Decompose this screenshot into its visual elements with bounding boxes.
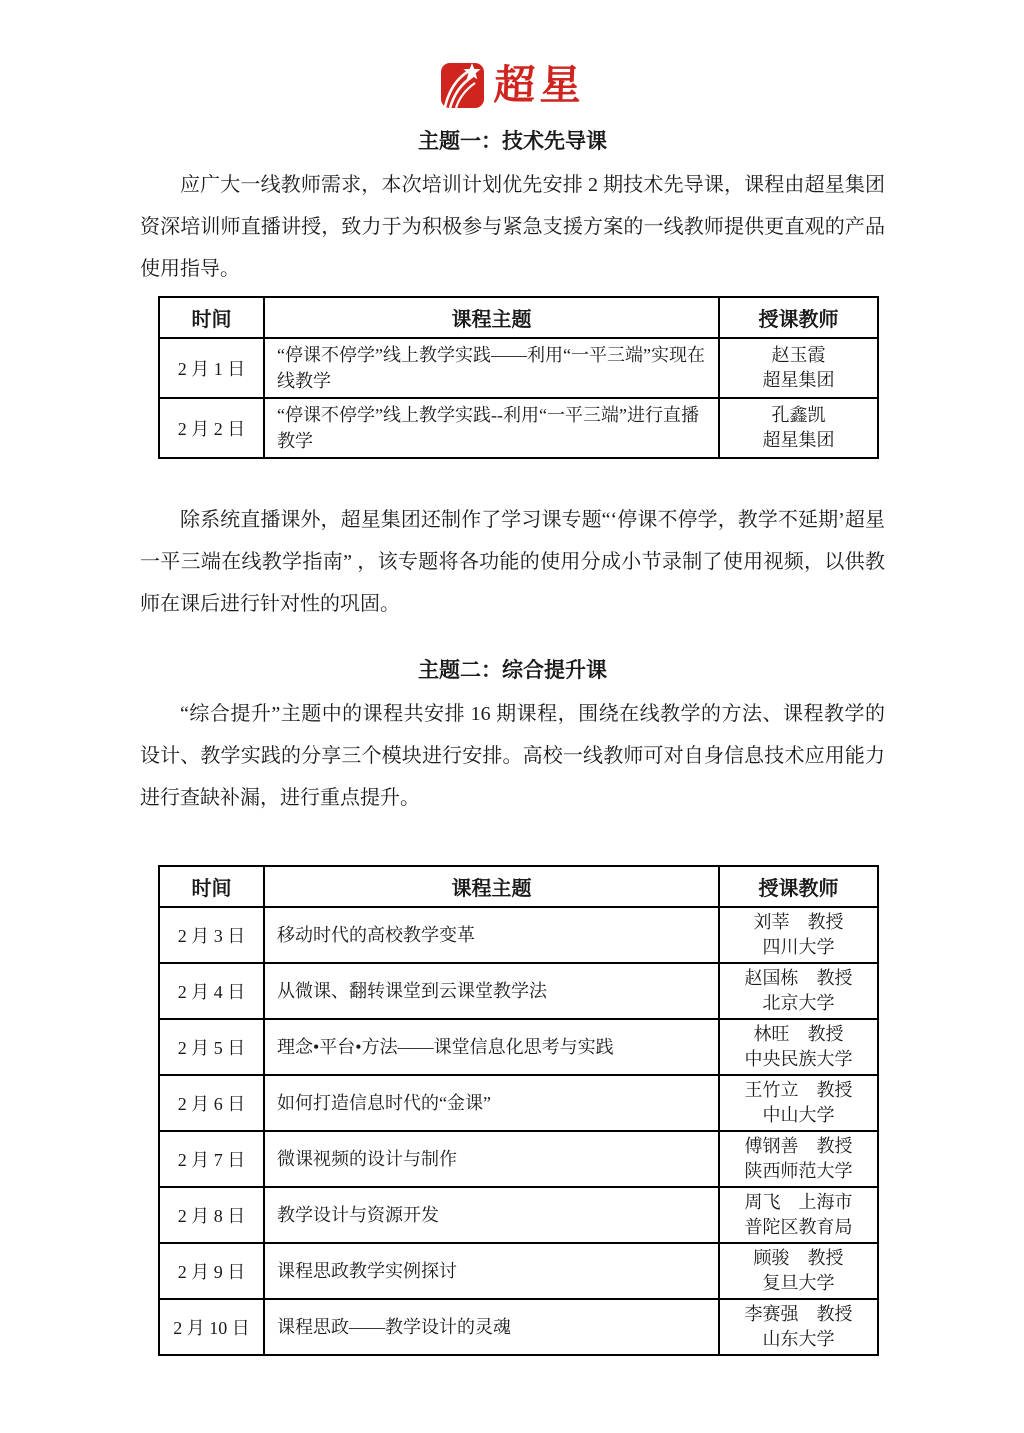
table-row: 2 月 8 日 教学设计与资源开发 周飞 上海市 普陀区教育局 [159,1187,878,1243]
table-row: 2 月 4 日 从微课、翻转课堂到云课堂教学法 赵国栋 教授 北京大学 [159,963,878,1019]
teacher-name: 傅钢善 教授 [722,1134,875,1159]
section1-intro-paragraph: 应广大一线教师需求，本次培训计划优先安排 2 期技术先导课，课程由超星集团资深培… [140,164,885,290]
teacher-org: 北京大学 [722,991,875,1016]
document-page: 超星 主题一：技术先导课 应广大一线教师需求，本次培训计划优先安排 2 期技术先… [0,0,1024,1433]
header-time: 时间 [159,297,264,338]
table-header-row: 时间 课程主题 授课教师 [159,866,878,907]
cell-teacher: 赵玉霞 超星集团 [719,338,878,398]
header-teacher: 授课教师 [719,297,878,338]
section2-title: 主题二：综合提升课 [140,657,885,683]
cell-date: 2 月 3 日 [159,907,264,963]
teacher-name: 赵玉霞 [722,343,875,368]
section1-outro-paragraph: 除系统直播课外，超星集团还制作了学习课专题“‘停课不停学，教学不延期’超星一平三… [140,499,885,625]
cell-date: 2 月 7 日 [159,1131,264,1187]
cell-teacher: 林旺 教授 中央民族大学 [719,1019,878,1075]
cell-date: 2 月 10 日 [159,1299,264,1355]
shooting-star-icon [440,60,486,110]
cell-topic: 课程思政——教学设计的灵魂 [264,1299,719,1355]
teacher-name: 赵国栋 教授 [722,966,875,991]
cell-teacher: 王竹立 教授 中山大学 [719,1075,878,1131]
table-row: 2 月 5 日 理念•平台•方法——课堂信息化思考与实践 林旺 教授 中央民族大… [159,1019,878,1075]
teacher-org: 普陀区教育局 [722,1215,875,1240]
cell-date: 2 月 2 日 [159,398,264,458]
schedule-table-1: 时间 课程主题 授课教师 2 月 1 日 “停课不停学”线上教学实践——利用“一… [158,296,879,459]
table-row: 2 月 1 日 “停课不停学”线上教学实践——利用“一平三端”实现在线教学 赵玉… [159,338,878,398]
header-time: 时间 [159,866,264,907]
teacher-org: 四川大学 [722,935,875,960]
table-row: 2 月 2 日 “停课不停学”线上教学实践--利用“一平三端”进行直播教学 孔鑫… [159,398,878,458]
cell-topic: “停课不停学”线上教学实践——利用“一平三端”实现在线教学 [264,338,719,398]
table-row: 2 月 6 日 如何打造信息时代的“金课” 王竹立 教授 中山大学 [159,1075,878,1131]
table-row: 2 月 3 日 移动时代的高校教学变革 刘莘 教授 四川大学 [159,907,878,963]
teacher-name: 孔鑫凯 [722,403,875,428]
teacher-org: 超星集团 [722,428,875,453]
teacher-name: 李赛强 教授 [722,1302,875,1327]
table-row: 2 月 10 日 课程思政——教学设计的灵魂 李赛强 教授 山东大学 [159,1299,878,1355]
cell-date: 2 月 8 日 [159,1187,264,1243]
teacher-name: 周飞 上海市 [722,1190,875,1215]
cell-date: 2 月 9 日 [159,1243,264,1299]
cell-teacher: 顾骏 教授 复旦大学 [719,1243,878,1299]
cell-teacher: 李赛强 教授 山东大学 [719,1299,878,1355]
cell-topic: 理念•平台•方法——课堂信息化思考与实践 [264,1019,719,1075]
cell-topic: 从微课、翻转课堂到云课堂教学法 [264,963,719,1019]
cell-teacher: 周飞 上海市 普陀区教育局 [719,1187,878,1243]
cell-teacher: 傅钢善 教授 陕西师范大学 [719,1131,878,1187]
cell-topic: 教学设计与资源开发 [264,1187,719,1243]
cell-teacher: 孔鑫凯 超星集团 [719,398,878,458]
cell-topic: 如何打造信息时代的“金课” [264,1075,719,1131]
cell-teacher: 刘莘 教授 四川大学 [719,907,878,963]
teacher-org: 陕西师范大学 [722,1159,875,1184]
table-row: 2 月 7 日 微课视频的设计与制作 傅钢善 教授 陕西师范大学 [159,1131,878,1187]
cell-date: 2 月 1 日 [159,338,264,398]
teacher-org: 中山大学 [722,1103,875,1128]
header-topic: 课程主题 [264,297,719,338]
table-header-row: 时间 课程主题 授课教师 [159,297,878,338]
teacher-org: 超星集团 [722,368,875,393]
teacher-org: 中央民族大学 [722,1047,875,1072]
teacher-org: 山东大学 [722,1327,875,1352]
table-row: 2 月 9 日 课程思政教学实例探讨 顾骏 教授 复旦大学 [159,1243,878,1299]
header-teacher: 授课教师 [719,866,878,907]
cell-teacher: 赵国栋 教授 北京大学 [719,963,878,1019]
teacher-org: 复旦大学 [722,1271,875,1296]
cell-topic: 移动时代的高校教学变革 [264,907,719,963]
cell-date: 2 月 5 日 [159,1019,264,1075]
schedule-table-2: 时间 课程主题 授课教师 2 月 3 日 移动时代的高校教学变革 刘莘 教授 四… [158,865,879,1356]
header-topic: 课程主题 [264,866,719,907]
cell-topic: “停课不停学”线上教学实践--利用“一平三端”进行直播教学 [264,398,719,458]
brand-name: 超星 [493,65,586,106]
teacher-name: 顾骏 教授 [722,1246,875,1271]
teacher-name: 刘莘 教授 [722,910,875,935]
cell-date: 2 月 6 日 [159,1075,264,1131]
chaoxing-logo: 超星 [140,58,885,112]
cell-date: 2 月 4 日 [159,963,264,1019]
teacher-name: 王竹立 教授 [722,1078,875,1103]
teacher-name: 林旺 教授 [722,1022,875,1047]
cell-topic: 课程思政教学实例探讨 [264,1243,719,1299]
cell-topic: 微课视频的设计与制作 [264,1131,719,1187]
section1-title: 主题一：技术先导课 [140,128,885,154]
section2-intro-paragraph: “综合提升”主题中的课程共安排 16 期课程，围绕在线教学的方法、课程教学的设计… [140,693,885,819]
